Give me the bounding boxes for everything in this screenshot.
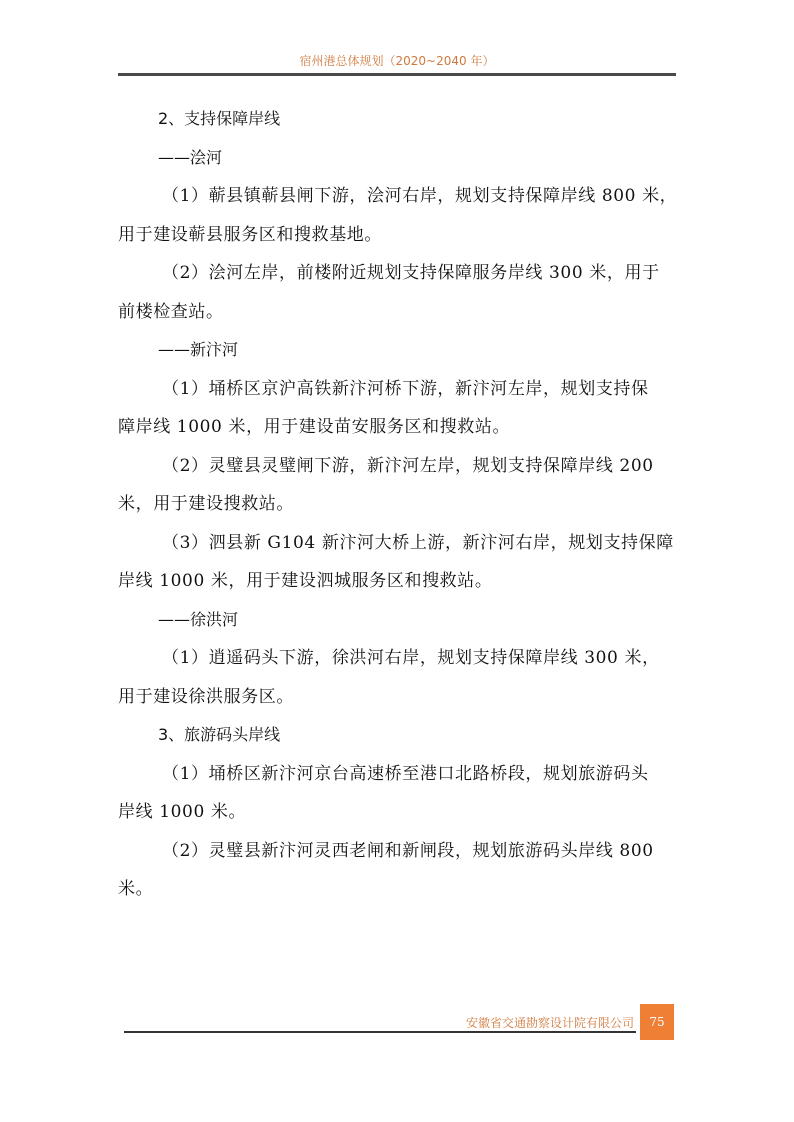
paragraph-line: 用于建设蕲县服务区和搜救基地。 <box>118 216 676 255</box>
paragraph-line: （1）埇桥区新汴河京台高速桥至港口北路桥段，规划旅游码头 <box>118 755 676 794</box>
subsection-heading: ——浍河 <box>118 139 676 178</box>
paragraph-line: 前楼检查站。 <box>118 293 676 332</box>
paragraph-line: （1）蕲县镇蕲县闸下游，浍河右岸，规划支持保障岸线 800 米， <box>118 177 676 216</box>
document-body: 2、支持保障岸线 ——浍河 （1）蕲县镇蕲县闸下游，浍河右岸，规划支持保障岸线 … <box>118 100 676 909</box>
paragraph-line: 用于建设徐洪服务区。 <box>118 678 676 717</box>
paragraph-line: 米。 <box>118 870 676 909</box>
subsection-heading: ——徐洪河 <box>118 601 676 640</box>
section-heading: 3、旅游码头岸线 <box>118 716 676 755</box>
paragraph-line: （2）浍河左岸，前楼附近规划支持保障服务岸线 300 米，用于 <box>118 254 676 293</box>
subsection-heading: ——新汴河 <box>118 331 676 370</box>
header-divider <box>118 73 676 76</box>
paragraph-line: （1）埇桥区京沪高铁新汴河桥下游，新汴河左岸，规划支持保 <box>118 370 676 409</box>
page-number-badge: 75 <box>640 1004 674 1040</box>
paragraph-line: （1）逍遥码头下游，徐洪河右岸，规划支持保障岸线 300 米， <box>118 639 676 678</box>
paragraph-line: 岸线 1000 米。 <box>118 793 676 832</box>
paragraph-line: （2）灵璧县新汴河灵西老闸和新闸段，规划旅游码头岸线 800 <box>118 832 676 871</box>
footer-company-name: 安徽省交通勘察设计院有限公司 <box>420 1014 634 1031</box>
paragraph-line: （2）灵璧县灵璧闸下游，新汴河左岸，规划支持保障岸线 200 <box>118 447 676 486</box>
footer-divider <box>124 1031 636 1033</box>
paragraph-line: 岸线 1000 米，用于建设泗城服务区和搜救站。 <box>118 562 676 601</box>
running-header-title: 宿州港总体规划（2020~2040 年） <box>118 52 676 69</box>
paragraph-line: （3）泗县新 G104 新汴河大桥上游，新汴河右岸，规划支持保障 <box>118 524 676 563</box>
paragraph-line: 米，用于建设搜救站。 <box>118 485 676 524</box>
paragraph-line: 障岸线 1000 米，用于建设苗安服务区和搜救站。 <box>118 408 676 447</box>
section-heading: 2、支持保障岸线 <box>118 100 676 139</box>
